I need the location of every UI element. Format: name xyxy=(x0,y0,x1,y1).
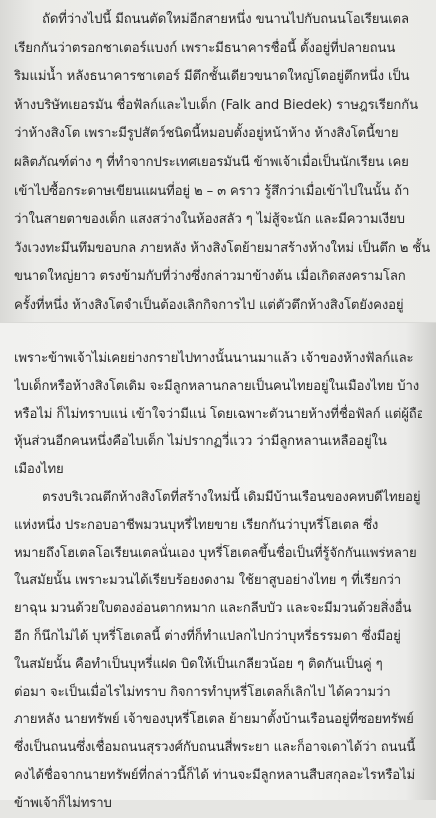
text-line: ในสมัยนั้น คือทำเป็นบุหรี่แฝด บิดให้เป็น… xyxy=(14,651,422,679)
text-line: หุ้นส่วนอีกคนหนึ่งคือไบเด็ก ไม่ปรากฏวี่แ… xyxy=(14,428,422,456)
text-line: ต่อมา จะเป็นเมื่อไรไม่ทราบ กิจการทำบุหรี… xyxy=(14,679,422,707)
text-line: ถัดที่ว่างไปนี้ มีถนนตัดใหม่อีกสายหนึ่ง … xyxy=(14,6,430,35)
text-line: วังเวงทะมึนทึมขอบกล ภายหลัง ห้างสิงโตย้า… xyxy=(14,235,430,264)
text-line: ครั้งที่หนึ่ง ห้างสิงโตจำเป็นต้องเลิกกิจ… xyxy=(14,292,430,321)
text-line: เพราะข้าพเจ้าไม่เคยย่างกรายไปทางนั้นนานม… xyxy=(14,345,422,373)
text-line: หมายถึงโฮเตลโอเรียนเตลนั่นเอง บุหรี่โฮเต… xyxy=(14,540,422,568)
text-line: ผลิตภัณฑ์ต่าง ๆ ที่ทำจากประเทศเยอรมันนี … xyxy=(14,149,430,178)
text-line: ภายหลัง นายทรัพย์ เจ้าของบุหรี่โฮเตล ย้า… xyxy=(14,706,422,734)
paragraph-2: ตรงบริเวณตึกห้างสิงโตที่สร้างใหม่นี้ เดิ… xyxy=(14,484,422,800)
text-line: ในสมัยนั้น เพราะมวนได้เรียบร้อยงดงาม ใช้… xyxy=(14,567,422,595)
text-line: ขนาดใหญ่ยาว ตรงข้ามกับที่ว่างซึ่งกล่าวมา… xyxy=(14,263,430,292)
paragraph-1: เพราะข้าพเจ้าไม่เคยย่างกรายไปทางนั้นนานม… xyxy=(14,345,422,484)
text-line: ซึ่งเป็นถนนซึ่งเชื่อมถนนสุรวงศ์กับถนนสี่… xyxy=(14,734,422,762)
text-line: ไบเด็กหรือห้างสิงโตเดิม จะมีลูกหลานกลายเ… xyxy=(14,373,422,401)
text-line: ตรงบริเวณตึกห้างสิงโตที่สร้างใหม่นี้ เดิ… xyxy=(14,484,422,512)
text-line: เมืองไทย xyxy=(14,456,422,484)
text-line: หรือไม่ ก็ไม่ทราบแน่ เข้าใจว่ามีแน่ โดยเ… xyxy=(14,401,422,429)
text-line: ยาฉุน มวนด้วยใบตองอ่อนตากหมาก และกลีบบัว… xyxy=(14,595,422,623)
scanned-page-bottom: เพราะข้าพเจ้าไม่เคยย่างกรายไปทางนั้นนานม… xyxy=(0,322,436,800)
text-line: แห่งหนึ่ง ประกอบอาชีพมวนบุหรี่ไทยขาย เรี… xyxy=(14,512,422,540)
scanned-page-top: ถัดที่ว่างไปนี้ มีถนนตัดใหม่อีกสายหนึ่ง … xyxy=(0,0,436,322)
text-line: ห้างบริษัทเยอรมัน ชื่อฟัลก์และไบเด็ก (Fa… xyxy=(14,92,430,121)
text-line: เรียกกันว่าตรอกชาเตอร์แบงก์ เพราะมีธนาคา… xyxy=(14,35,430,64)
text-line: คงได้ชื่อจากนายทรัพย์ที่กล่าวนี้ก็ได้ ท่… xyxy=(14,762,422,790)
text-line: ริมแม่น้ำ หลังธนาคารชาเตอร์ มีตึกชั้นเดี… xyxy=(14,63,430,92)
text-line: ว่าในสายตาของเด็ก แสงสว่างในห้องสลัว ๆ ไ… xyxy=(14,206,430,235)
text-line: ข้าพเจ้าก็ไม่ทราบ xyxy=(14,790,422,800)
text-line: อีก ก็นึกไม่ได้ บุหรี่โฮเตลนี้ ต่างที่ก็… xyxy=(14,623,422,651)
text-line: เข้าไปซื้อกระดาษเขียนแผนที่อยู่ ๒ – ๓ คร… xyxy=(14,178,430,207)
text-line: ว่าห้างสิงโต เพราะมีรูปสัตว์ชนิดนี้หมอบต… xyxy=(14,120,430,149)
